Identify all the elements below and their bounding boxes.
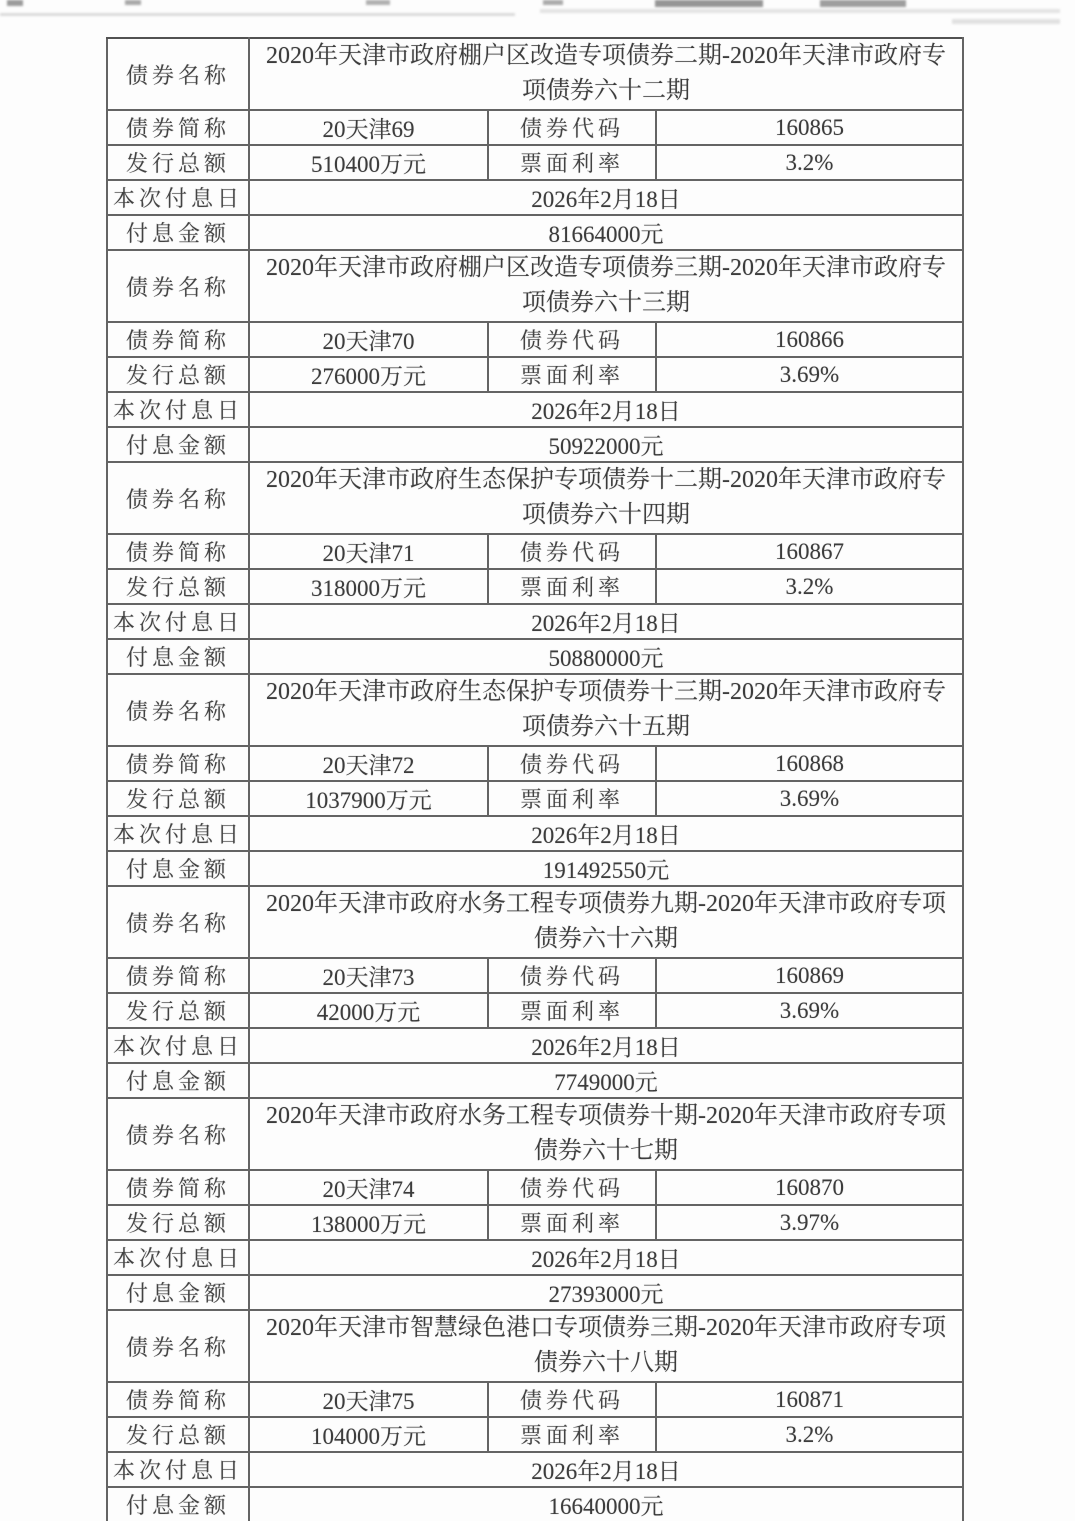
bond-shortname-label: 债券简称 <box>107 1170 249 1205</box>
issue-amount-value: 42000万元 <box>249 993 488 1028</box>
bond-shortname-label: 债券简称 <box>107 1382 249 1417</box>
bond-code-label: 债券代码 <box>488 534 656 569</box>
bond-code-value: 160869 <box>656 958 963 993</box>
issue-amount-coupon-row: 发行总额1037900万元票面利率3.69% <box>107 781 963 816</box>
bond-shortname-code-row: 债券简称20天津74债券代码160870 <box>107 1170 963 1205</box>
coupon-rate-value: 3.69% <box>656 781 963 816</box>
issue-amount-coupon-row: 发行总额42000万元票面利率3.69% <box>107 993 963 1028</box>
scanned-document-page: 债券名称2020年天津市政府棚户区改造专项债券二期-2020年天津市政府专项债券… <box>0 0 1075 1521</box>
bond-shortname-value: 20天津73 <box>249 958 488 993</box>
bond-shortname-code-row: 债券简称20天津72债券代码160868 <box>107 746 963 781</box>
bond-name-row: 债券名称2020年天津市政府水务工程专项债券九期-2020年天津市政府专项债券六… <box>107 886 963 958</box>
bond-name-cell: 2020年天津市智慧绿色港口专项债券三期-2020年天津市政府专项债券六十八期 <box>249 1310 963 1382</box>
bond-code-value: 160867 <box>656 534 963 569</box>
scan-artifact <box>7 0 23 6</box>
payment-amount-row: 付息金额50880000元 <box>107 639 963 674</box>
coupon-rate-label: 票面利率 <box>488 145 656 180</box>
bond-name-label: 债券名称 <box>107 1098 249 1170</box>
payment-date-value: 2026年2月18日 <box>249 180 963 215</box>
coupon-rate-label: 票面利率 <box>488 1205 656 1240</box>
bond-payment-table: 债券名称2020年天津市政府棚户区改造专项债券二期-2020年天津市政府专项债券… <box>106 37 964 1521</box>
issue-amount-label: 发行总额 <box>107 569 249 604</box>
scan-artifact <box>540 9 1060 13</box>
coupon-rate-value: 3.2% <box>656 1417 963 1452</box>
payment-date-label: 本次付息日 <box>107 392 249 427</box>
coupon-rate-value: 3.2% <box>656 145 963 180</box>
bond-name-value: 2020年天津市政府生态保护专项债券十三期-2020年天津市政府专项债券六十五期 <box>261 675 951 745</box>
payment-date-row: 本次付息日2026年2月18日 <box>107 392 963 427</box>
bond-name-row: 债券名称2020年天津市政府棚户区改造专项债券二期-2020年天津市政府专项债券… <box>107 38 963 110</box>
bond-code-value: 160865 <box>656 110 963 145</box>
bond-name-value: 2020年天津市智慧绿色港口专项债券三期-2020年天津市政府专项债券六十八期 <box>261 1311 951 1381</box>
issue-amount-label: 发行总额 <box>107 357 249 392</box>
coupon-rate-value: 3.69% <box>656 993 963 1028</box>
issue-amount-label: 发行总额 <box>107 145 249 180</box>
payment-amount-row: 付息金额16640000元 <box>107 1487 963 1521</box>
payment-date-row: 本次付息日2026年2月18日 <box>107 1028 963 1063</box>
coupon-rate-value: 3.2% <box>656 569 963 604</box>
scan-artifact <box>655 0 763 7</box>
bond-code-label: 债券代码 <box>488 1170 656 1205</box>
coupon-rate-value: 3.97% <box>656 1205 963 1240</box>
bond-shortname-value: 20天津75 <box>249 1382 488 1417</box>
issue-amount-value: 276000万元 <box>249 357 488 392</box>
payment-amount-value: 81664000元 <box>249 215 963 250</box>
bond-name-label: 债券名称 <box>107 38 249 110</box>
payment-amount-label: 付息金额 <box>107 1275 249 1310</box>
payment-amount-label: 付息金额 <box>107 427 249 462</box>
payment-date-value: 2026年2月18日 <box>249 1028 963 1063</box>
payment-amount-label: 付息金额 <box>107 1063 249 1098</box>
payment-date-label: 本次付息日 <box>107 1452 249 1487</box>
bond-shortname-label: 债券简称 <box>107 958 249 993</box>
bond-name-row: 债券名称2020年天津市政府水务工程专项债券十期-2020年天津市政府专项债券六… <box>107 1098 963 1170</box>
coupon-rate-label: 票面利率 <box>488 781 656 816</box>
payment-date-row: 本次付息日2026年2月18日 <box>107 1452 963 1487</box>
issue-amount-coupon-row: 发行总额276000万元票面利率3.69% <box>107 357 963 392</box>
bond-name-value: 2020年天津市政府棚户区改造专项债券三期-2020年天津市政府专项债券六十三期 <box>261 251 951 321</box>
payment-date-row: 本次付息日2026年2月18日 <box>107 816 963 851</box>
payment-amount-label: 付息金额 <box>107 215 249 250</box>
coupon-rate-label: 票面利率 <box>488 993 656 1028</box>
bond-name-cell: 2020年天津市政府生态保护专项债券十三期-2020年天津市政府专项债券六十五期 <box>249 674 963 746</box>
issue-amount-coupon-row: 发行总额104000万元票面利率3.2% <box>107 1417 963 1452</box>
bond-name-cell: 2020年天津市政府棚户区改造专项债券二期-2020年天津市政府专项债券六十二期 <box>249 38 963 110</box>
bond-name-label: 债券名称 <box>107 674 249 746</box>
bond-shortname-value: 20天津70 <box>249 322 488 357</box>
bond-name-row: 债券名称2020年天津市政府棚户区改造专项债券三期-2020年天津市政府专项债券… <box>107 250 963 322</box>
bond-code-value: 160868 <box>656 746 963 781</box>
payment-date-row: 本次付息日2026年2月18日 <box>107 1240 963 1275</box>
bond-code-label: 债券代码 <box>488 322 656 357</box>
bond-shortname-value: 20天津69 <box>249 110 488 145</box>
bond-shortname-value: 20天津71 <box>249 534 488 569</box>
issue-amount-label: 发行总额 <box>107 1417 249 1452</box>
issue-amount-coupon-row: 发行总额510400万元票面利率3.2% <box>107 145 963 180</box>
payment-amount-label: 付息金额 <box>107 1487 249 1521</box>
coupon-rate-label: 票面利率 <box>488 569 656 604</box>
bond-shortname-value: 20天津72 <box>249 746 488 781</box>
issue-amount-coupon-row: 发行总额318000万元票面利率3.2% <box>107 569 963 604</box>
bond-name-label: 债券名称 <box>107 1310 249 1382</box>
payment-date-value: 2026年2月18日 <box>249 392 963 427</box>
scan-artifact <box>820 0 906 7</box>
payment-amount-row: 付息金额7749000元 <box>107 1063 963 1098</box>
bond-name-cell: 2020年天津市政府水务工程专项债券十期-2020年天津市政府专项债券六十七期 <box>249 1098 963 1170</box>
bond-name-row: 债券名称2020年天津市政府生态保护专项债券十二期-2020年天津市政府专项债券… <box>107 462 963 534</box>
bond-name-cell: 2020年天津市政府棚户区改造专项债券三期-2020年天津市政府专项债券六十三期 <box>249 250 963 322</box>
issue-amount-coupon-row: 发行总额138000万元票面利率3.97% <box>107 1205 963 1240</box>
bond-name-label: 债券名称 <box>107 250 249 322</box>
payment-amount-value: 50922000元 <box>249 427 963 462</box>
bond-shortname-code-row: 债券简称20天津73债券代码160869 <box>107 958 963 993</box>
bond-name-value: 2020年天津市政府水务工程专项债券十期-2020年天津市政府专项债券六十七期 <box>261 1099 951 1169</box>
payment-amount-row: 付息金额27393000元 <box>107 1275 963 1310</box>
bond-table-body: 债券名称2020年天津市政府棚户区改造专项债券二期-2020年天津市政府专项债券… <box>107 38 963 1521</box>
bond-name-label: 债券名称 <box>107 462 249 534</box>
bond-shortname-code-row: 债券简称20天津70债券代码160866 <box>107 322 963 357</box>
payment-date-value: 2026年2月18日 <box>249 1240 963 1275</box>
bond-code-label: 债券代码 <box>488 1382 656 1417</box>
issue-amount-label: 发行总额 <box>107 1205 249 1240</box>
bond-shortname-code-row: 债券简称20天津69债券代码160865 <box>107 110 963 145</box>
payment-amount-value: 50880000元 <box>249 639 963 674</box>
payment-date-value: 2026年2月18日 <box>249 604 963 639</box>
issue-amount-value: 138000万元 <box>249 1205 488 1240</box>
payment-amount-row: 付息金额191492550元 <box>107 851 963 886</box>
bond-code-value: 160866 <box>656 322 963 357</box>
bond-shortname-label: 债券简称 <box>107 746 249 781</box>
payment-date-value: 2026年2月18日 <box>249 1452 963 1487</box>
issue-amount-value: 318000万元 <box>249 569 488 604</box>
bond-name-value: 2020年天津市政府棚户区改造专项债券二期-2020年天津市政府专项债券六十二期 <box>261 39 951 109</box>
payment-amount-value: 16640000元 <box>249 1487 963 1521</box>
bond-shortname-label: 债券简称 <box>107 322 249 357</box>
payment-date-label: 本次付息日 <box>107 1028 249 1063</box>
coupon-rate-value: 3.69% <box>656 357 963 392</box>
payment-amount-label: 付息金额 <box>107 639 249 674</box>
scan-artifact <box>366 0 390 5</box>
scan-artifact <box>543 0 563 5</box>
scan-artifact <box>125 0 141 5</box>
payment-date-label: 本次付息日 <box>107 180 249 215</box>
bond-shortname-value: 20天津74 <box>249 1170 488 1205</box>
payment-date-label: 本次付息日 <box>107 816 249 851</box>
payment-amount-row: 付息金额50922000元 <box>107 427 963 462</box>
bond-name-cell: 2020年天津市政府水务工程专项债券九期-2020年天津市政府专项债券六十六期 <box>249 886 963 958</box>
payment-date-label: 本次付息日 <box>107 1240 249 1275</box>
bond-code-label: 债券代码 <box>488 958 656 993</box>
scan-artifact <box>952 19 1060 24</box>
payment-date-label: 本次付息日 <box>107 604 249 639</box>
bond-name-cell: 2020年天津市政府生态保护专项债券十二期-2020年天津市政府专项债券六十四期 <box>249 462 963 534</box>
issue-amount-value: 104000万元 <box>249 1417 488 1452</box>
coupon-rate-label: 票面利率 <box>488 1417 656 1452</box>
payment-date-row: 本次付息日2026年2月18日 <box>107 180 963 215</box>
bond-name-label: 债券名称 <box>107 886 249 958</box>
coupon-rate-label: 票面利率 <box>488 357 656 392</box>
payment-amount-row: 付息金额81664000元 <box>107 215 963 250</box>
bond-name-row: 债券名称2020年天津市政府生态保护专项债券十三期-2020年天津市政府专项债券… <box>107 674 963 746</box>
bond-shortname-code-row: 债券简称20天津75债券代码160871 <box>107 1382 963 1417</box>
issue-amount-label: 发行总额 <box>107 993 249 1028</box>
payment-amount-label: 付息金额 <box>107 851 249 886</box>
issue-amount-value: 510400万元 <box>249 145 488 180</box>
payment-amount-value: 7749000元 <box>249 1063 963 1098</box>
bond-code-label: 债券代码 <box>488 110 656 145</box>
payment-amount-value: 27393000元 <box>249 1275 963 1310</box>
issue-amount-value: 1037900万元 <box>249 781 488 816</box>
payment-date-value: 2026年2月18日 <box>249 816 963 851</box>
bond-shortname-code-row: 债券简称20天津71债券代码160867 <box>107 534 963 569</box>
payment-amount-value: 191492550元 <box>249 851 963 886</box>
bond-name-value: 2020年天津市政府生态保护专项债券十二期-2020年天津市政府专项债券六十四期 <box>261 463 951 533</box>
issue-amount-label: 发行总额 <box>107 781 249 816</box>
bond-shortname-label: 债券简称 <box>107 534 249 569</box>
payment-date-row: 本次付息日2026年2月18日 <box>107 604 963 639</box>
bond-code-value: 160871 <box>656 1382 963 1417</box>
bond-shortname-label: 债券简称 <box>107 110 249 145</box>
bond-name-value: 2020年天津市政府水务工程专项债券九期-2020年天津市政府专项债券六十六期 <box>261 887 951 957</box>
scan-artifact <box>0 13 515 16</box>
bond-code-label: 债券代码 <box>488 746 656 781</box>
bond-name-row: 债券名称2020年天津市智慧绿色港口专项债券三期-2020年天津市政府专项债券六… <box>107 1310 963 1382</box>
bond-code-value: 160870 <box>656 1170 963 1205</box>
